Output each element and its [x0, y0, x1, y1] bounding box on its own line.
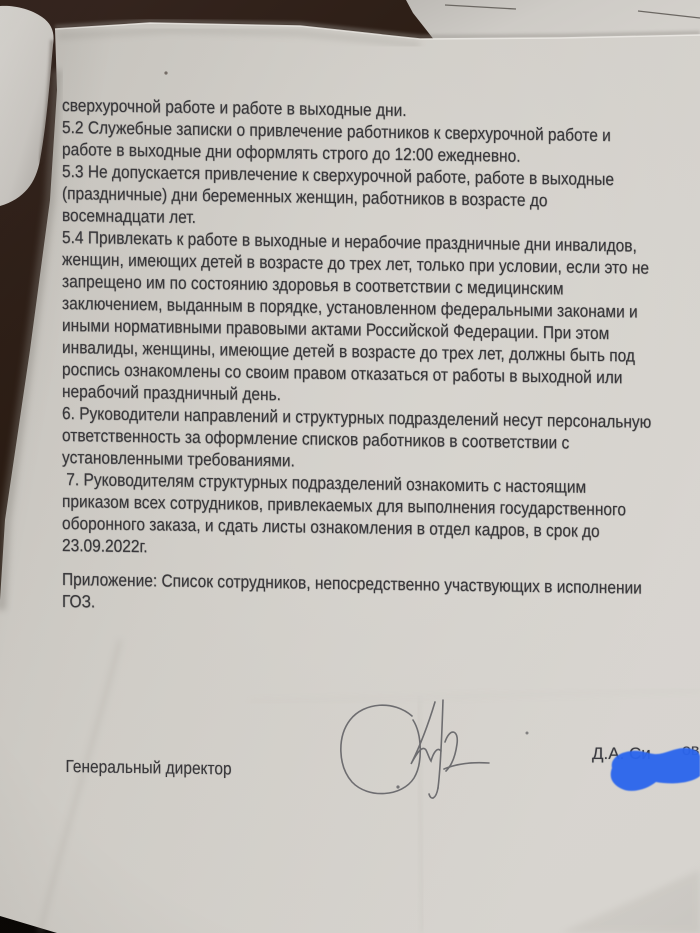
signature-stroke [330, 650, 580, 830]
redaction-marker [602, 738, 700, 800]
signee-block: Д.А. Си ов [592, 738, 700, 800]
role-label: Генеральный директор [66, 756, 232, 779]
photo-frame: сверхурочной работе и работе в выходные … [0, 0, 700, 933]
paper-speck [164, 71, 167, 74]
